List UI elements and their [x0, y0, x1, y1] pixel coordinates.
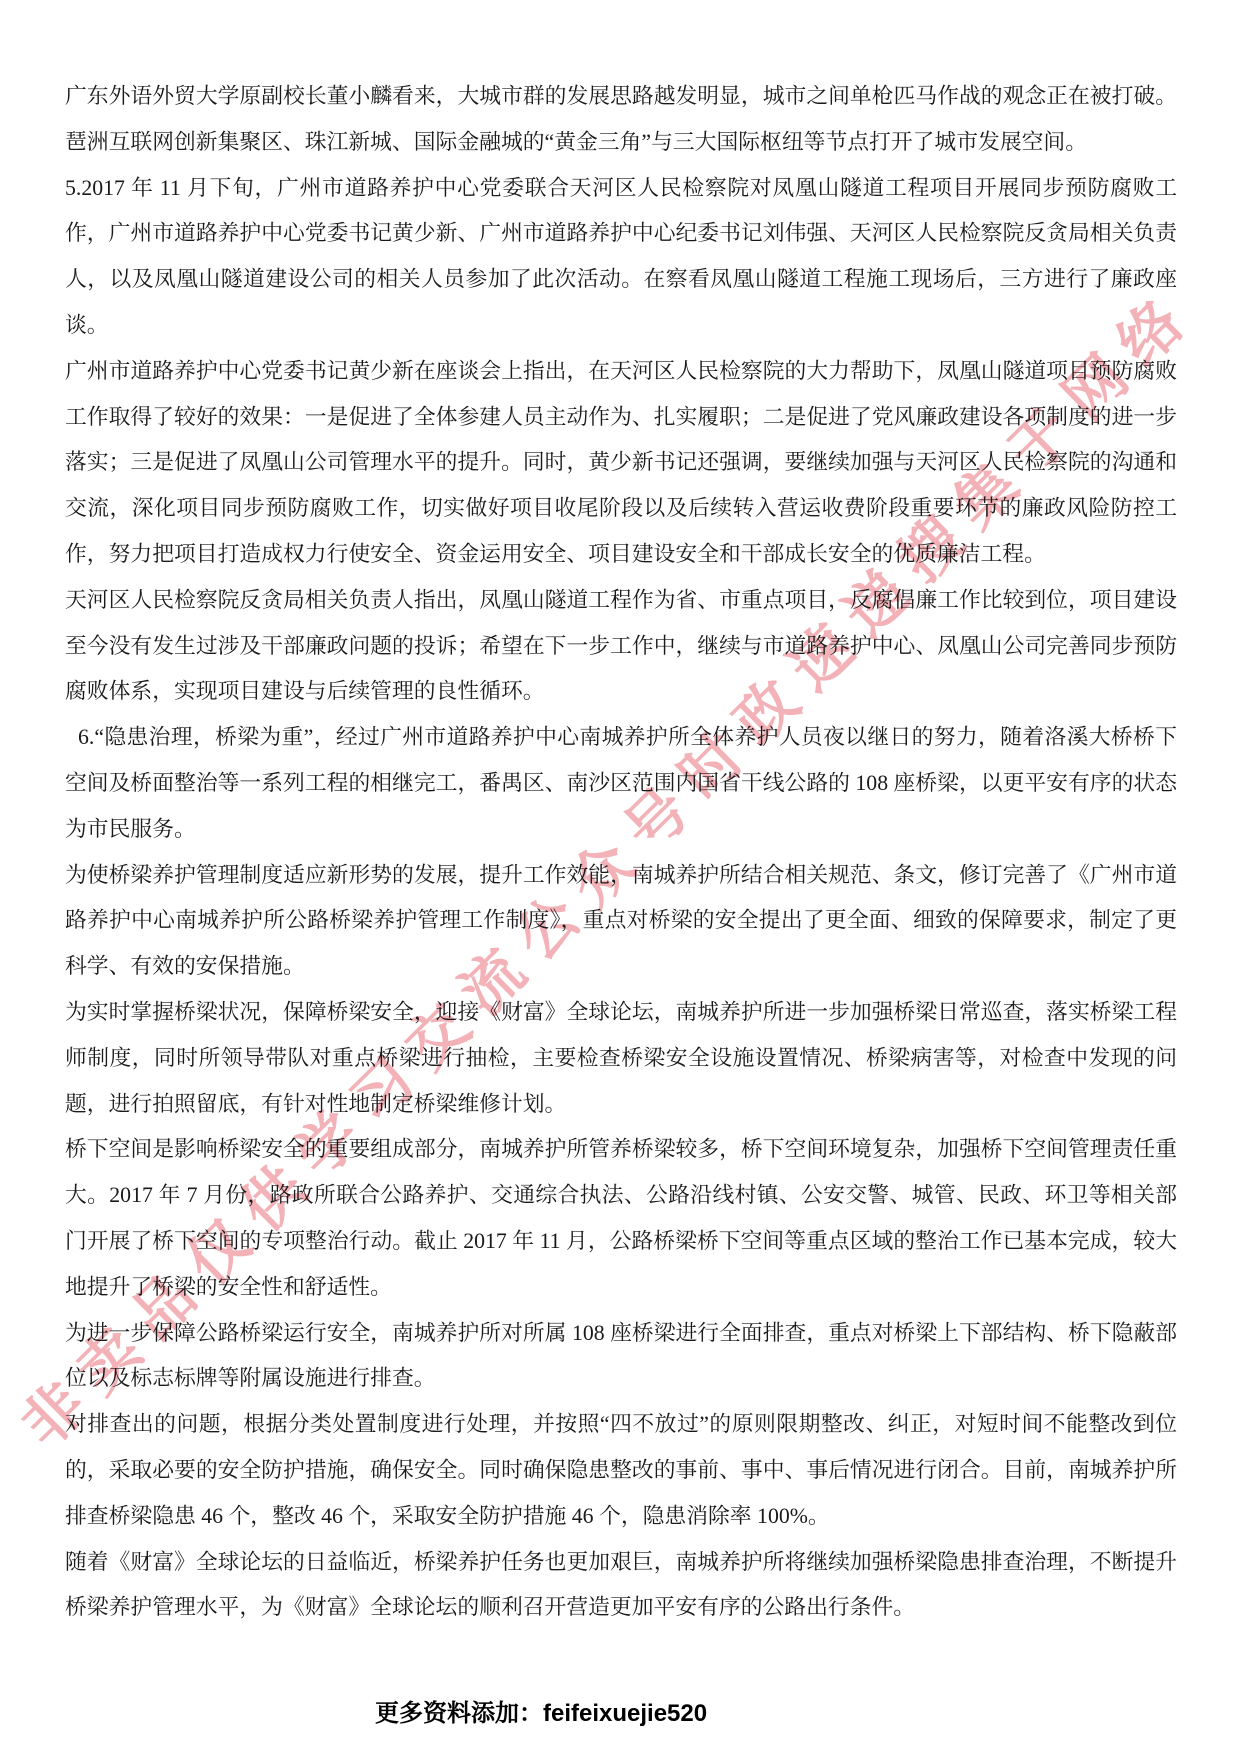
- footer-account: feifeixuejie520: [543, 1700, 707, 1727]
- paragraph: 5.2017 年 11 月下旬，广州市道路养护中心党委联合天河区人民检察院对凤凰…: [65, 166, 1177, 349]
- paragraph: 为实时掌握桥梁状况，保障桥梁安全，迎接《财富》全球论坛，南城养护所进一步加强桥梁…: [65, 990, 1177, 1127]
- paragraph: 广东外语外贸大学原副校长董小麟看来，大城市群的发展思路越发明显，城市之间单枪匹马…: [65, 74, 1177, 166]
- footer-note: 更多资料添加：feifeixuejie520: [375, 1693, 707, 1728]
- paragraph: 桥下空间是影响桥梁安全的重要组成部分，南城养护所管养桥梁较多，桥下空间环境复杂，…: [65, 1127, 1177, 1310]
- paragraph: 随着《财富》全球论坛的日益临近，桥梁养护任务也更加艰巨，南城养护所将继续加强桥梁…: [65, 1540, 1177, 1632]
- paragraph: 6.“隐患治理，桥梁为重”，经过广州市道路养护中心南城养护所全体养护人员夜以继日…: [65, 715, 1177, 852]
- paragraph: 对排查出的问题，根据分类处置制度进行处理，并按照“四不放过”的原则限期整改、纠正…: [65, 1402, 1177, 1539]
- paragraph: 广州市道路养护中心党委书记黄少新在座谈会上指出，在天河区人民检察院的大力帮助下，…: [65, 349, 1177, 578]
- paragraph: 天河区人民检察院反贪局相关负责人指出，凤凰山隧道工程作为省、市重点项目，反腐倡廉…: [65, 578, 1177, 715]
- document-page: 非卖品仅供学习交流公众号时政速递搜集于网络 广东外语外贸大学原副校长董小麟看来，…: [0, 0, 1240, 1754]
- document-body: 广东外语外贸大学原副校长董小麟看来，大城市群的发展思路越发明显，城市之间单枪匹马…: [65, 74, 1177, 1631]
- paragraph: 为使桥梁养护管理制度适应新形势的发展，提升工作效能，南城养护所结合相关规范、条文…: [65, 853, 1177, 990]
- footer-label: 更多资料添加：: [375, 1701, 543, 1727]
- paragraph: 为进一步保障公路桥梁运行安全，南城养护所对所属 108 座桥梁进行全面排查，重点…: [65, 1311, 1177, 1403]
